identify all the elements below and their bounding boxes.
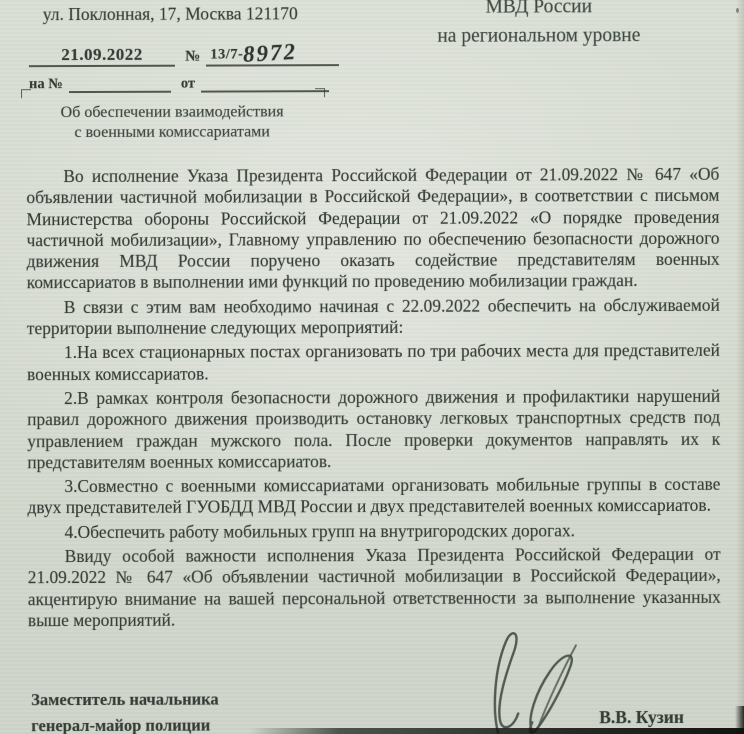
reference-row-date-number: 21.09.2022 № 13/7-8972 [29,40,339,67]
signer-position-line-1: Заместитель начальника [31,687,219,714]
addressee-corner-mark-right [315,88,325,97]
subject-line-1: Об обеспечении взаимодействия [41,102,303,123]
number-sign: № [185,49,200,66]
body-paragraph: 4.Обеспечить работу мобильных групп на в… [28,520,721,544]
body-paragraph: 1.На всех стационарных постах организова… [27,340,720,385]
reference-block: 21.09.2022 № 13/7-8972 на № от [29,40,339,93]
letter-body: Во исполнение Указа Президента Российско… [26,164,721,635]
document-date: 21.09.2022 [29,45,175,68]
body-paragraph: Во исполнение Указа Президента Российско… [26,164,719,294]
scanned-letter-page: ул. Поклонная, 17, Москва 121170 МВД Рос… [0,0,744,734]
photo-edge-bottom-strip [250,728,744,734]
body-paragraph: Ввиду особой важности исполнения Указа П… [28,544,721,632]
document-number-handwritten: 8972 [243,39,298,68]
reply-to-label: на № [29,76,63,93]
org-level: на региональном уровне [411,21,667,51]
body-paragraph: В связи с этим вам необходимо начиная с … [27,295,720,340]
document-number: 13/7-8972 [206,38,339,66]
reference-row-reply: на № от [29,68,339,93]
scan-content: ул. Поклонная, 17, Москва 121170 МВД Рос… [0,0,744,734]
body-paragraph: 3.Совместно с военными комиссариатами ор… [27,474,720,519]
signer-position-line-2: генерал-майор полиции [31,713,219,734]
from-label: от [181,76,195,93]
photo-edge-right-shading [736,0,744,734]
subject-line-2: с военными комиссариатами [41,122,303,143]
handwritten-signature [456,627,616,734]
signer-position-block: Заместитель начальника генерал-майор пол… [31,687,219,734]
reply-date-blank-line [201,90,329,92]
document-number-prefix: 13/7- [210,46,243,62]
signer-name: В.В. Кузин [599,707,684,728]
org-name: МВД России [411,0,667,22]
letterhead-org-block: МВД России на региональном уровне [411,0,667,51]
addressee-corner-mark-left [21,89,31,98]
photo-edge-corner-shadow [735,706,744,734]
reply-number-blank-line [69,91,171,93]
body-paragraph: 2.В рамках контроля безопасности дорожно… [27,386,720,474]
subject-block: Об обеспечении взаимодействия с военными… [41,102,303,143]
sender-address: ул. Поклонная, 17, Москва 121170 [43,3,298,25]
